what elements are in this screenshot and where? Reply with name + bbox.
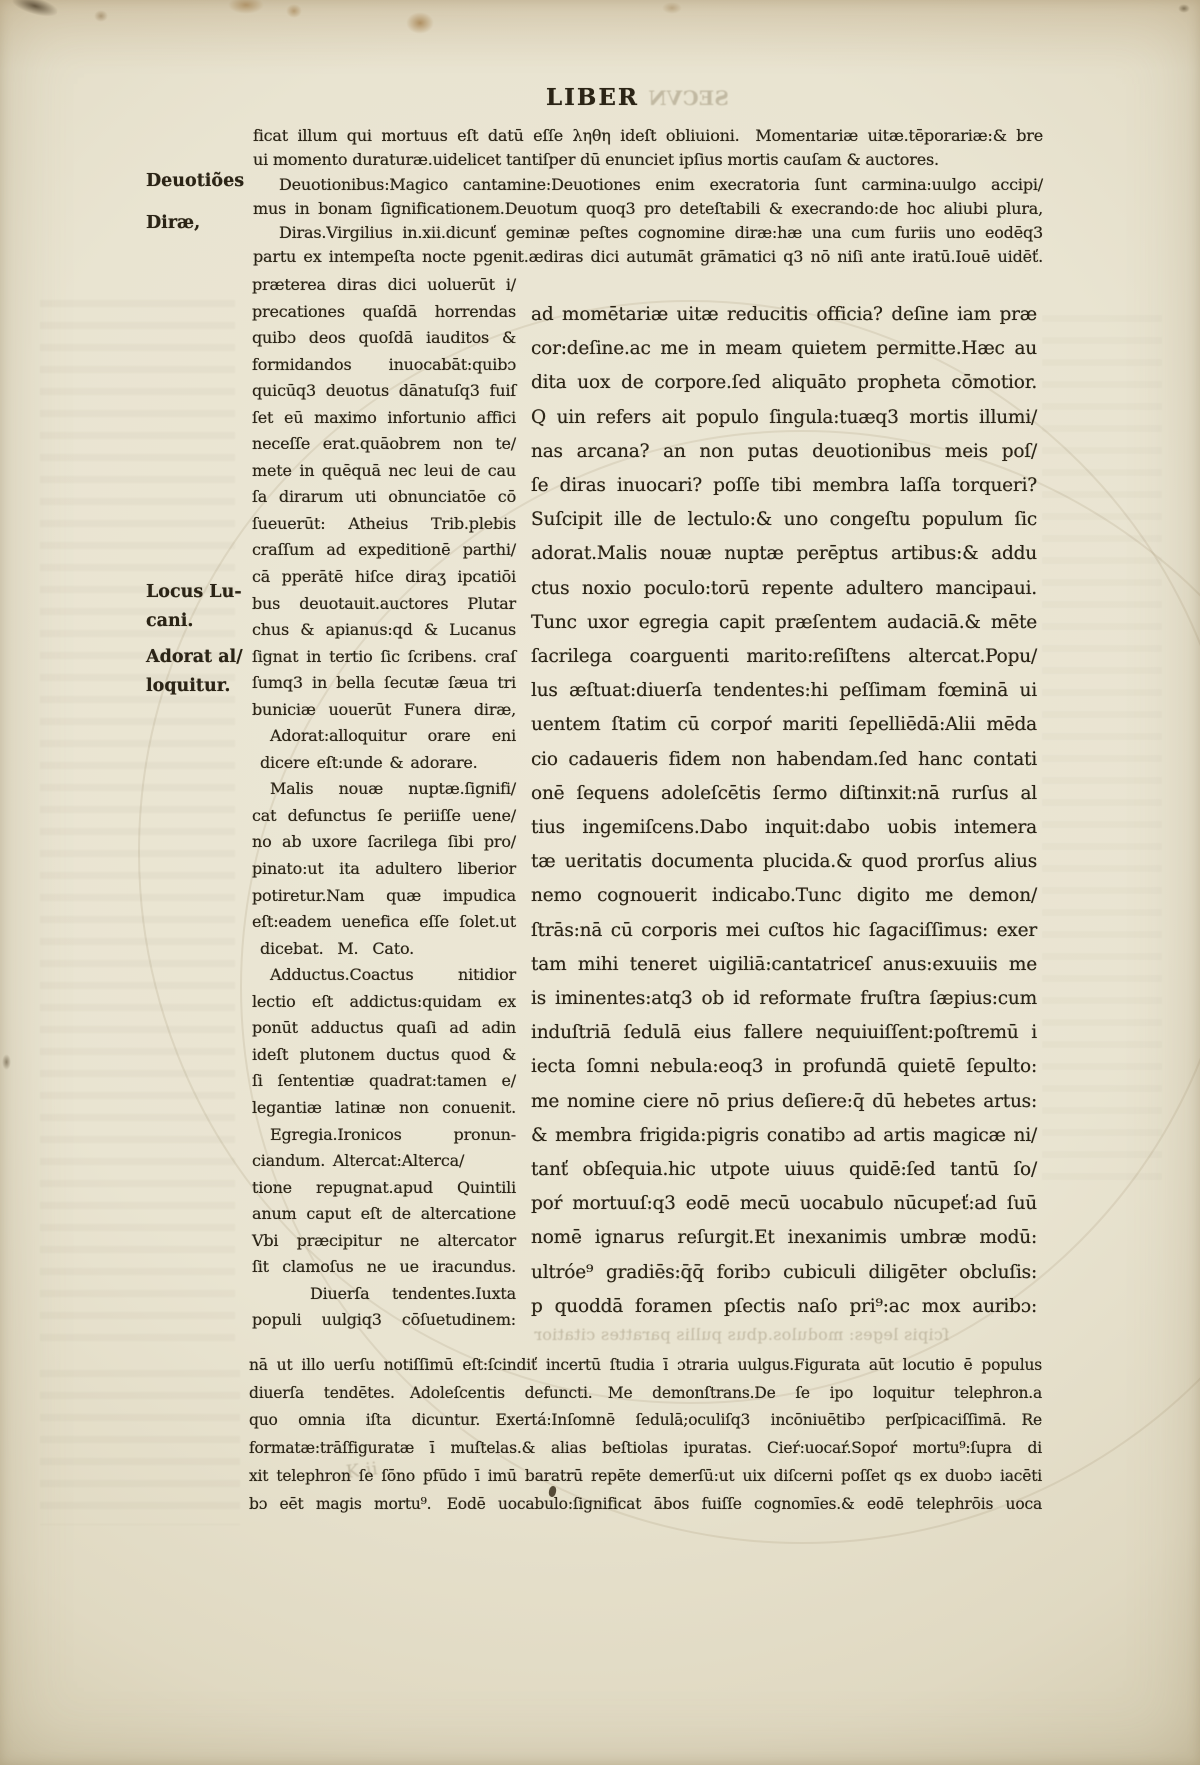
showthrough-text-line: ſcipis leges: modulos.qbus pullis paratt… bbox=[534, 1325, 949, 1344]
margin-note-locus-lucani-line1: Locus Lu- bbox=[146, 582, 242, 602]
text-line: cio cadaueris fidem non habendam.ſed han… bbox=[531, 743, 1037, 777]
text-line: bɔ eēt magis mortu⁹. Eodē uocabulo:ſigni… bbox=[249, 1491, 1042, 1519]
text-line: nemo cognouerit indicabo.Tunc digito me … bbox=[531, 879, 1037, 913]
text-line: ideſt plutonem ductus quod & bbox=[252, 1042, 516, 1069]
text-line: is iminentes:atq3 ob id reformate fruſtr… bbox=[531, 982, 1037, 1016]
edge-speck bbox=[2, 1054, 11, 1070]
foxing-spot bbox=[94, 10, 108, 22]
text-line: quo omnia iſta dicuntur. Exertá:Inſomnē … bbox=[249, 1407, 1042, 1435]
text-line: ſumq3 in bella ſecutæ ſæua tri bbox=[252, 670, 516, 697]
text-line: dicebat. M. Cato. bbox=[252, 936, 516, 963]
margin-note-adorat-alloquitur-line2: loquitur. bbox=[146, 676, 230, 696]
verso-ghost-text-area bbox=[40, 1355, 240, 1525]
showthrough-running-title: SECVN bbox=[648, 86, 729, 110]
text-line: poŕ mortuuſ:q3 eodē mecū uocabulo nūcupe… bbox=[531, 1187, 1037, 1221]
text-line: induſtriā ſedulā eius fallere nequiuiſſe… bbox=[531, 1016, 1037, 1050]
edge-speck bbox=[1178, 4, 1190, 13]
text-line: Malis nouæ nuptæ.ſignifi/ bbox=[252, 776, 516, 803]
text-line: buniciæ uouerūt Funera diræ, bbox=[252, 697, 516, 724]
text-line: Adorat:alloquitur orare eni bbox=[252, 723, 516, 750]
left-commentary-column: præterea diras dici uoluerūt i/precation… bbox=[252, 272, 516, 1334]
text-line: ui momento duraturæ.uidelicet tantiſper … bbox=[253, 148, 1043, 172]
text-line: ſueuerūt: Atheius Trib.plebis bbox=[252, 511, 516, 538]
text-line: Egregia.Ironicos pronun- bbox=[252, 1122, 516, 1149]
text-line: ponūt adductus quaſi ad adin bbox=[252, 1015, 516, 1042]
text-line: Diuerſa tendentes.Iuxta bbox=[252, 1281, 516, 1308]
corner-stain bbox=[11, 0, 60, 20]
text-line: mus in bonam ſignificationem.Deuotum quo… bbox=[253, 197, 1043, 221]
text-line: tæ ueritatis documenta plucida.& quod pr… bbox=[531, 845, 1037, 879]
text-line: formatæ:trāſfiguratæ ī muſtelas.& alias … bbox=[249, 1435, 1042, 1463]
text-line: Suſcipit ille de lectulo:& uno congeſtu … bbox=[531, 503, 1037, 537]
text-line: tione repugnat.apud Quintili bbox=[252, 1175, 516, 1202]
text-line: lectio eſt addictus:quidam ex bbox=[252, 989, 516, 1016]
text-line: nā ut illo uerſu notiſſimū eſt:ſcindiť i… bbox=[249, 1352, 1042, 1380]
text-line: tam mihi teneret uigiliā:cantatriceſ anu… bbox=[531, 948, 1037, 982]
text-line: tanť obſequia.hic utpote uiuus quidē:ſed… bbox=[531, 1153, 1037, 1187]
text-line: adorat.Malis nouæ nuptæ perēptus artibus… bbox=[531, 537, 1037, 571]
foxing-spot bbox=[406, 12, 434, 34]
text-line: onē ſequens adoleſcētis ſermo diſtinxit:… bbox=[531, 777, 1037, 811]
text-line: ciandum. Altercat:Alterca/ bbox=[252, 1148, 516, 1175]
text-line: craſſum ad expeditionē parthi/ bbox=[252, 537, 516, 564]
text-line: cā pperātē hiſce diraʒ ipcatiōi bbox=[252, 564, 516, 591]
text-line: lus æſtuat:diuerſa tendentes:hi peſſimam… bbox=[531, 674, 1037, 708]
foxing-spot bbox=[228, 0, 264, 14]
text-line: ad momētariæ uitæ reducitis officia? deſ… bbox=[531, 298, 1037, 332]
text-line: eſt:eadem uenefica eſſe ſolet.ut bbox=[252, 909, 516, 936]
text-line: Q uin refers ait populo ſingula:tuæq3 mo… bbox=[531, 401, 1037, 435]
text-line: ſe diras inuocari? poſſe tibi membra laſ… bbox=[531, 469, 1037, 503]
text-line: potiretur.Nam quæ impudica bbox=[252, 883, 516, 910]
margin-note-dirae: Diræ, bbox=[146, 213, 200, 233]
text-line: ſi ſententiæ quadrat:tamen e/ bbox=[252, 1068, 516, 1095]
text-line: diuerſa tendētes. Adoleſcentis defuncti.… bbox=[249, 1380, 1042, 1408]
margin-note-adorat-alloquitur-line1: Adorat al/ bbox=[146, 647, 243, 667]
text-line: & membra frigida:pigris conatibɔ ad arti… bbox=[531, 1119, 1037, 1153]
text-line: quicūq3 deuotus dānatuſq3 fuiſ bbox=[252, 378, 516, 405]
text-line: ſet eū maximo infortunio affici bbox=[252, 405, 516, 432]
book-page: SECVN ſcipis leges: modulos.qbus pullis … bbox=[0, 0, 1200, 1765]
text-line: dicere eſt:unde & adorare. bbox=[252, 750, 516, 777]
text-line: nomē ignarus reſurgit.Et inexanimis umbr… bbox=[531, 1221, 1037, 1255]
text-line: iecta ſomni nebula:eoq3 in profundā quie… bbox=[531, 1050, 1037, 1084]
text-line: formidandos inuocabāt:quibɔ bbox=[252, 352, 516, 379]
text-line: mete in quēquā nec leui de cau bbox=[252, 458, 516, 485]
text-line: cor:deſine.ac me in meam quietem permitt… bbox=[531, 332, 1037, 366]
text-line: precationes quaſdā horrendas bbox=[252, 299, 516, 326]
text-line: tius ingemiſcens.Dabo inquit:dabo uobis … bbox=[531, 811, 1037, 845]
margin-note-locus-lucani-line2: cani. bbox=[146, 611, 193, 631]
verso-ghost-text-area bbox=[1042, 300, 1162, 1180]
text-line: ſacrilega coarguenti marito:reſiſtens al… bbox=[531, 640, 1037, 674]
text-line: anum caput eſt de altercatione bbox=[252, 1201, 516, 1228]
text-line: dita uox de corpore.ſed aliquāto prophet… bbox=[531, 366, 1037, 400]
text-line: nas arcana? an non putas deuotionibus me… bbox=[531, 435, 1037, 469]
text-line: no ab uxore ſacrilega ſibi pro/ bbox=[252, 829, 516, 856]
text-line: Adductus.Coactus nitidior bbox=[252, 962, 516, 989]
text-line: Deuotionibus:Magico cantamine:Deuotiones… bbox=[253, 173, 1043, 197]
text-line: pinato:ut ita adultero liberior bbox=[252, 856, 516, 883]
text-line: ſit clamoſus ne ue iracundus. bbox=[252, 1254, 516, 1281]
text-line: ſtrās:nā cū corporis mei cuſtos hic ſaga… bbox=[531, 914, 1037, 948]
text-line: bus deuotauit.auctores Plutar bbox=[252, 591, 516, 618]
text-line: cat defunctus ſe periiſſe uene/ bbox=[252, 803, 516, 830]
text-line: populi uulgiq3 cōſuetudinem: bbox=[252, 1307, 516, 1334]
text-line: uentem ſtatim cū corpoŕ mariti ſepelliēd… bbox=[531, 708, 1037, 742]
text-line: præterea diras dici uoluerūt i/ bbox=[252, 272, 516, 299]
text-line: Diras.Virgilius in.xii.dicunť geminæ peſ… bbox=[253, 221, 1043, 245]
text-line: Tunc uxor egregia capit præſentem audaci… bbox=[531, 606, 1037, 640]
text-line: xit telephron ſe ſōno pfūdo ī imū baratr… bbox=[249, 1463, 1042, 1491]
text-line: neceſſe erat.quāobrem non te/ bbox=[252, 431, 516, 458]
text-line: ctus noxio poculo:torū repente adultero … bbox=[531, 572, 1037, 606]
text-line: me nomine ciere nō prius deſiere:q̄ dū h… bbox=[531, 1085, 1037, 1119]
margin-note-deuotiones: Deuotiões bbox=[146, 171, 244, 191]
text-line: ultróe⁹ gradiēs:q̄q̄ foribɔ cubiculi dil… bbox=[531, 1256, 1037, 1290]
text-line: ſa dirarum uti obnunciatōe cō bbox=[252, 484, 516, 511]
text-line: quibɔ deos quoſdā iauditos & bbox=[252, 325, 516, 352]
foxing-spot bbox=[662, 2, 682, 14]
verso-ghost-text-area bbox=[40, 285, 235, 1345]
foxing-spot bbox=[286, 4, 302, 18]
text-line: Vbi præcipitur ne altercator bbox=[252, 1228, 516, 1255]
right-main-text-column: ad momētariæ uitæ reducitis officia? deſ… bbox=[531, 298, 1037, 1324]
text-line: partu ex intempeſta nocte pgenit.ædiras … bbox=[253, 245, 1043, 269]
text-line: ficat illum qui mortuus eſt datū eſſe λη… bbox=[253, 124, 1043, 148]
text-line: legantiæ latinæ non conuenit. bbox=[252, 1095, 516, 1122]
text-line: ſignat in tertio ſic ſcribens. craſ bbox=[252, 644, 516, 671]
text-line: chus & apianus:qd & Lucanus bbox=[252, 617, 516, 644]
top-commentary-block: ficat illum qui mortuus eſt datū eſſe λη… bbox=[253, 124, 1043, 270]
bottom-commentary-block: nā ut illo uerſu notiſſimū eſt:ſcindiť i… bbox=[249, 1352, 1042, 1518]
running-title: LIBER bbox=[546, 84, 639, 111]
text-line: p quoddā foramen pſectis naſo pri⁹:ac mo… bbox=[531, 1290, 1037, 1324]
